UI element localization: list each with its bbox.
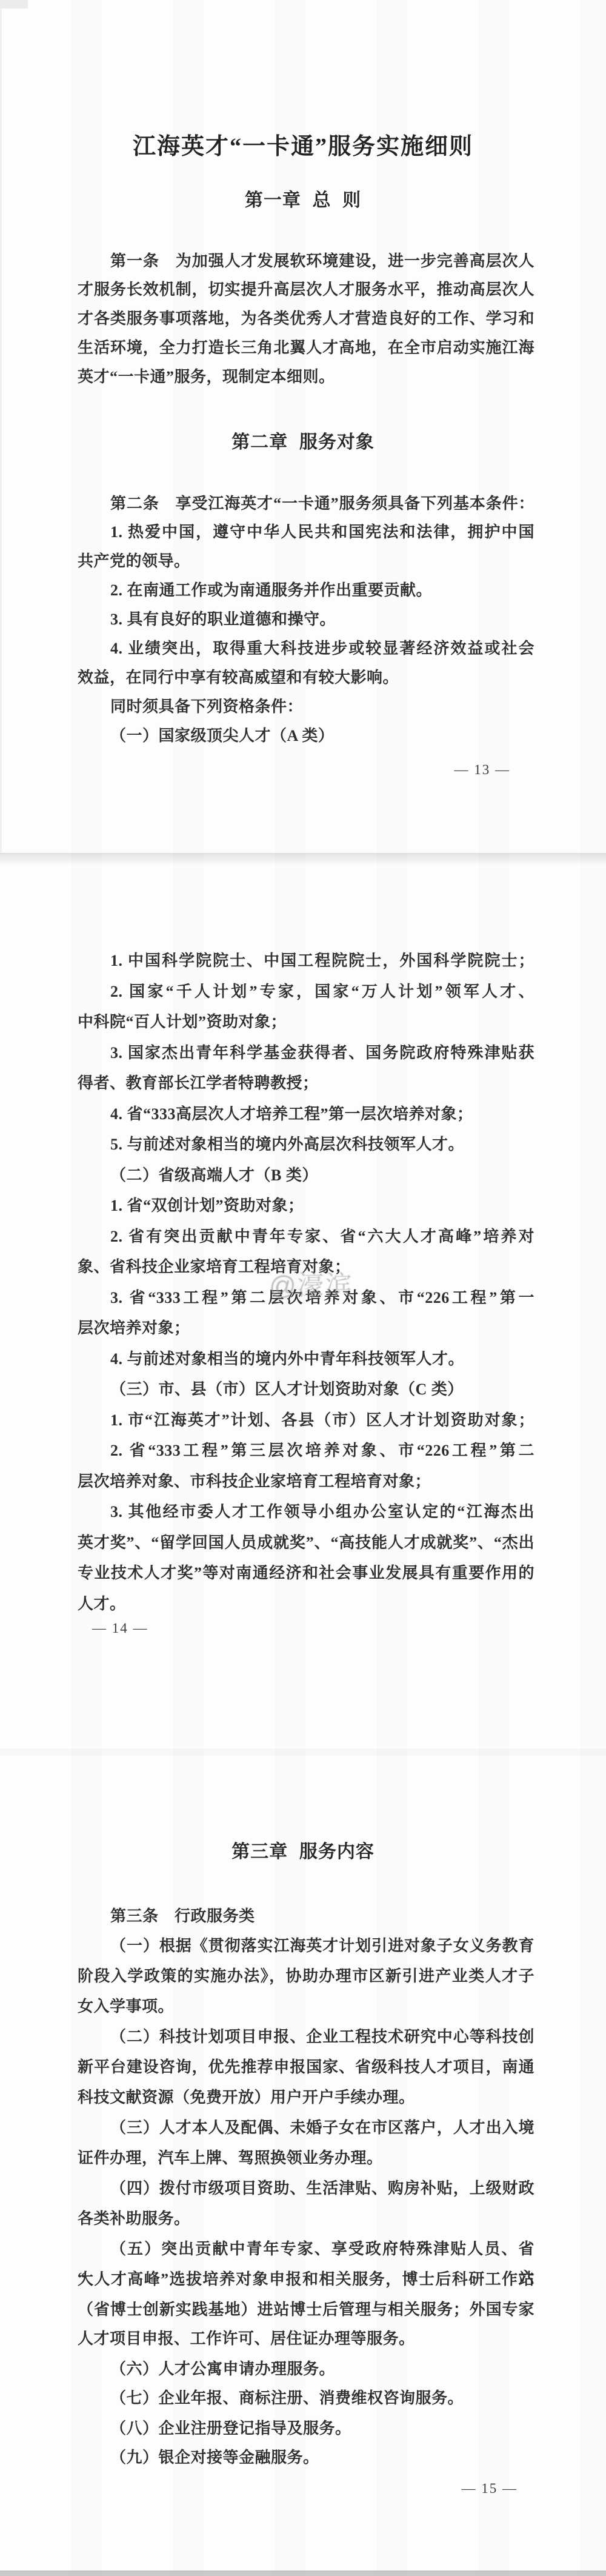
text-line: （九）银企对接等金融服务。 (78, 2443, 534, 2472)
text-line: 英才“一卡通”服务，现制定本细则。 (78, 363, 534, 392)
text-line: 层次培养对象、市科技企业家培育工程培育对象； (78, 1467, 534, 1496)
document-title: 江海英才“一卡通”服务实施细则 (0, 127, 606, 166)
chapter-heading: 第一章 总 则 (0, 185, 606, 216)
page-number: — 15 — (462, 2474, 518, 2503)
text-line: （一）国家级顶尖人才（A 类） (78, 721, 534, 751)
page-divider (0, 853, 606, 864)
text-line: 1. 热爱中国，遵守中华人民共和国宪法和法律，拥护中国 (78, 518, 534, 547)
text-line: 科技文献资源（免费开放）用户开户手续办理。 (78, 2083, 534, 2112)
text-line: 3. 具有良好的职业道德和操守。 (78, 605, 534, 634)
text-line: 各类补助服务。 (78, 2204, 534, 2233)
page-number: — 14 — (92, 1614, 148, 1643)
text-line: 3. 其他经市委人才工作领导小组办公室认定的“江海杰出 (78, 1497, 534, 1527)
text-line: 新平台建设咨询，优先推荐申报国家、省级科技人才项目，南通 (78, 2053, 534, 2082)
text-line: 2. 省有突出贡献中青年专家、省“六大人才高峰”培养对 (78, 1222, 534, 1251)
text-line: 2. 在南通工作或为南通服务并作出重要贡献。 (78, 576, 534, 605)
scanned-document: 江海英才“一卡通”服务实施细则第一章 总 则第一条 为加强人才发展软环境建设，进… (0, 0, 606, 2576)
text-line: 4. 省“333高层次人才培养工程”第一层次培养对象； (78, 1100, 534, 1129)
text-line: 共产党的领导。 (78, 547, 534, 576)
text-line: 第一条 为加强人才发展软环境建设，进一步完善高层次人 (78, 246, 534, 275)
text-line: 中科院“百人计划”资助对象； (78, 1008, 534, 1037)
text-line: 1. 中国科学院院士、中国工程院院士，外国科学院院士； (78, 946, 534, 975)
chapter-heading: 第二章 服务对象 (0, 427, 606, 458)
article-number-label: 第二条 (110, 494, 176, 512)
text-line: （三）人才本人及配偶、未婚子女在市区落户，人才出入境 (78, 2113, 534, 2143)
text-line: （一）根据《贯彻落实江海英才计划引进对象子女义务教育 (78, 1932, 534, 1961)
text-line: 4. 业绩突出，取得重大科技进步或较显著经济效益或社会 (78, 634, 534, 663)
text-line: （四）拨付市级项目资助、生活津贴、购房补贴，上级财政 (78, 2174, 534, 2203)
text-line: （六）人才公寓申请办理服务。 (78, 2355, 534, 2384)
text-line: 1. 省“双创计划”资助对象； (78, 1191, 534, 1220)
text-line: 同时须具备下列资格条件： (78, 692, 534, 721)
article-number-label: 第三条 (110, 1907, 175, 1925)
page-number: — 13 — (454, 755, 511, 785)
text-line: 层次培养对象； (78, 1314, 534, 1343)
text-line: 专业技术人才奖”等对南通经济和社会事业发展具有重要作用的 (78, 1559, 534, 1588)
text-line: 证件办理，汽车上牌、驾照换领业务办理。 (78, 2144, 534, 2173)
text-line: 2. 国家“千人计划”专家，国家“万人计划”领军人才、 (78, 977, 534, 1006)
text-line: 人才项目申报、工作许可、居住证办理等服务。 (78, 2324, 534, 2354)
text-line: （三）市、县（市）区人才计划资助对象（C 类） (78, 1375, 534, 1404)
text-line: 3. 国家杰出青年科学基金获得者、国务院政府特殊津贴获 (78, 1039, 534, 1068)
bottom-scan-band (0, 2571, 606, 2576)
text-line: 阶段入学政策的实施办法》，协助办理市区新引进产业类人才子 (78, 1962, 534, 1991)
article-text: 享受江海英才“一卡通”服务须具备下列基本条件： (176, 495, 534, 512)
text-line: （七）企业年报、商标注册、消费维权咨询服务。 (78, 2384, 534, 2413)
article-text: 为加强人才发展软环境建设，进一步完善高层次人 (176, 252, 534, 270)
text-line: 5. 与前述对象相当的境内外高层次科技领军人才。 (78, 1130, 534, 1159)
article-number-label: 第一条 (110, 252, 176, 270)
scan-corner-artifact (0, 0, 28, 8)
chapter-heading: 第三章 服务内容 (0, 1836, 606, 1868)
text-line: （二）省级高端人才（B 类） (78, 1161, 534, 1190)
text-line: 1. 市“江海英才”计划、各县（市）区人才计划资助对象； (78, 1406, 534, 1435)
text-line: 效益，在同行中享有较高威望和有较大影响。 (78, 663, 534, 692)
text-line: 生活环境，全力打造长三角北翼人才高地，在全市启动实施江海 (78, 333, 534, 363)
text-line: （五）突出贡献中青年专家、享受政府特殊津贴人员、省“六 (78, 2235, 534, 2264)
text-line: 女入学事项。 (78, 1992, 534, 2021)
text-line: 第三条 行政服务类 (78, 1901, 534, 1930)
article-text: 行政服务类 (175, 1907, 255, 1925)
text-line: 第二条 享受江海英才“一卡通”服务须具备下列基本条件： (78, 489, 534, 518)
text-line: （二）科技计划项目申报、企业工程技术研究中心等科技创 (78, 2022, 534, 2052)
text-line: 得者、教育部长江学者特聘教授； (78, 1069, 534, 1098)
text-line: 才服务长效机制，切实提升高层次人才服务水平，推动高层次人 (78, 275, 534, 304)
text-line: （八）企业注册登记指导及服务。 (78, 2414, 534, 2443)
page-divider (0, 1748, 606, 1756)
text-line: 3. 省“333工程”第二层次培养对象、市“226工程”第一 (78, 1283, 534, 1313)
text-line: 才各类服务事项落地，为各类优秀人才营造良好的工作、学习和 (78, 304, 534, 333)
text-line: 象、省科技企业家培育工程培育对象； (78, 1253, 534, 1282)
text-line: 大人才高峰”选拔培养对象申报和相关服务，博士后科研工作站 (78, 2265, 534, 2294)
text-line: （省博士创新实践基地）进站博士后管理与相关服务；外国专家 (78, 2295, 534, 2324)
text-line: 4. 与前述对象相当的境内外中青年科技领军人才。 (78, 1345, 534, 1374)
text-line: 2. 省“333工程”第三层次培养对象、市“226工程”第二 (78, 1436, 534, 1465)
text-line: 英才奖”、“留学回国人员成就奖”、“高技能人才成就奖”、“杰出 (78, 1528, 534, 1557)
